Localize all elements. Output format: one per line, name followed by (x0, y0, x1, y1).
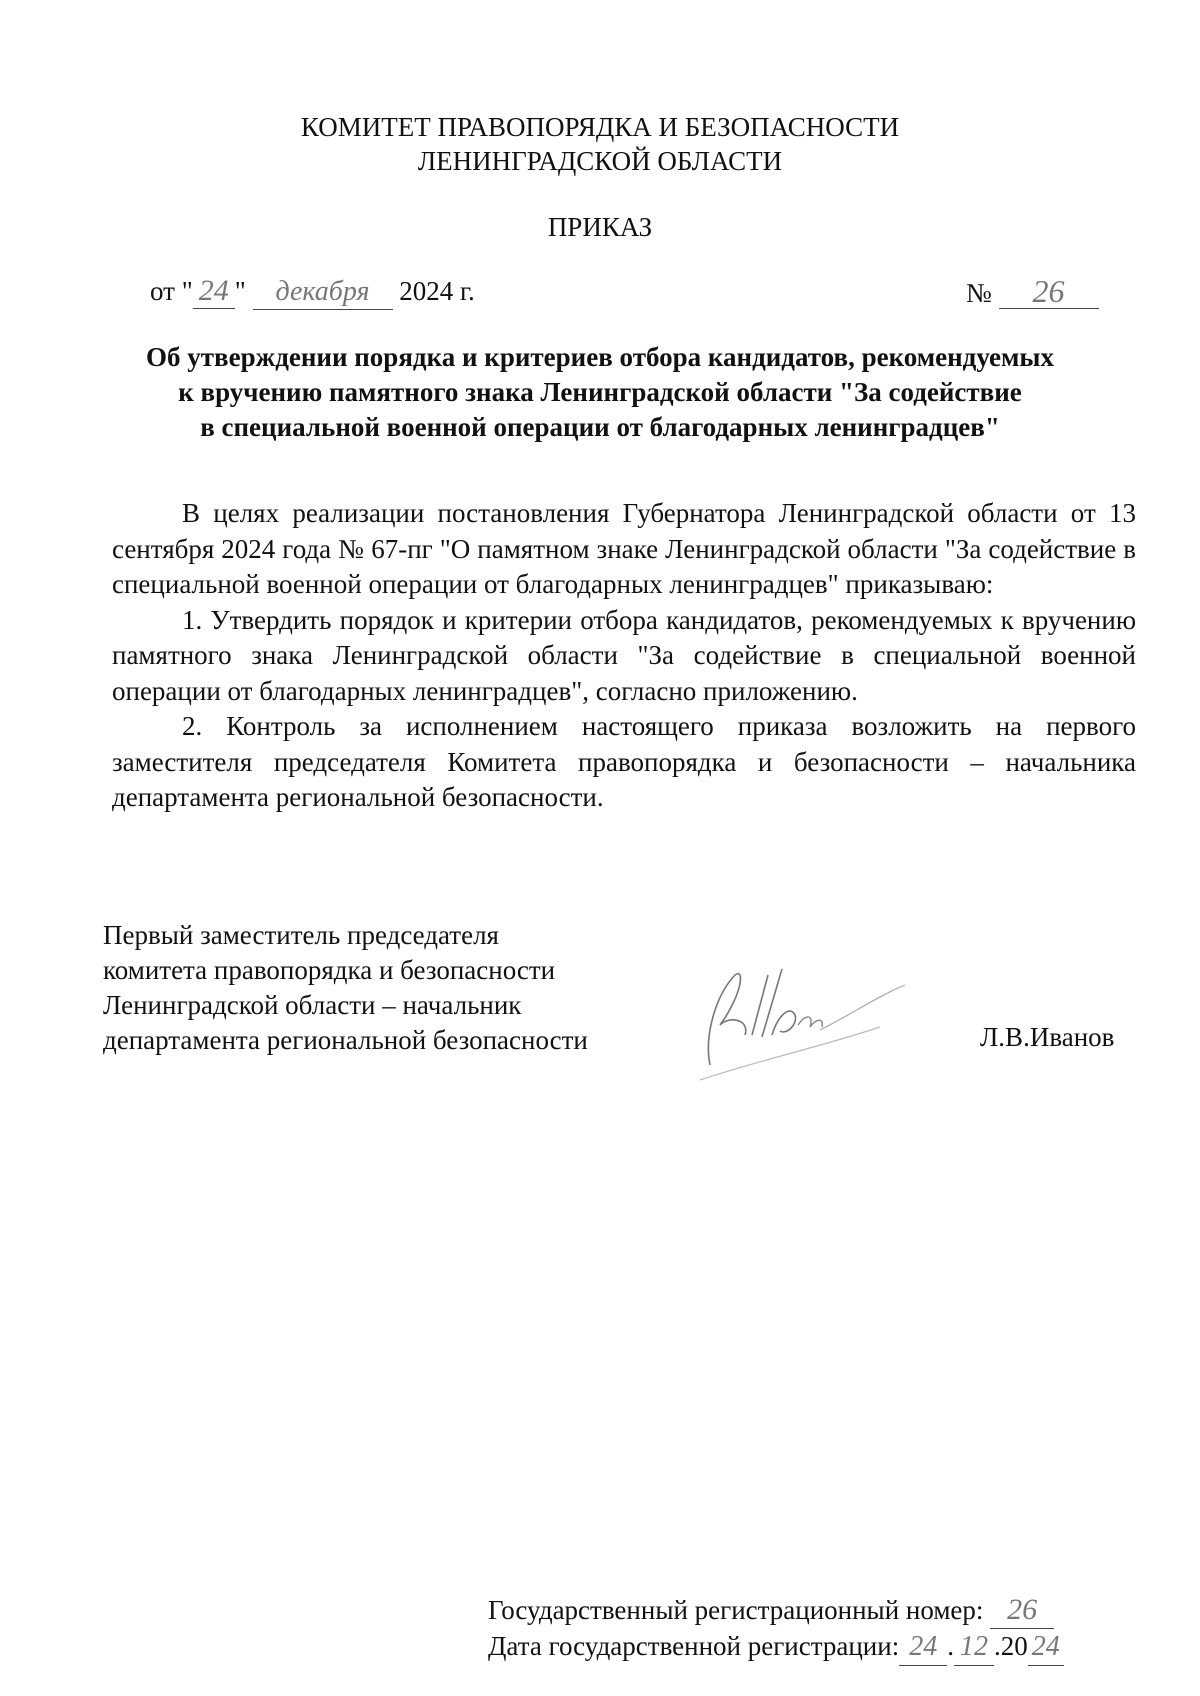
org-name-line1: КОМИТЕТ ПРАВОПОРЯДКА И БЕЗОПАСНОСТИ (0, 110, 1200, 144)
doc-type: ПРИКАЗ (0, 210, 1200, 244)
order-title-line2: к вручению памятного знака Ленинградской… (0, 375, 1200, 410)
order-date: от "24" декабря 2024 г. (150, 274, 475, 310)
order-number: № 26 (966, 274, 1099, 310)
registration-year-handwritten: 24 (1028, 1629, 1064, 1666)
order-body: В целях реализации постановления Губерна… (112, 496, 1136, 816)
registration-number-handwritten: 26 (990, 1592, 1054, 1629)
registration-number-label: Государственный регистрационный номер: (488, 1595, 983, 1625)
order-item-2: 2. Контроль за исполнением настоящего пр… (112, 709, 1136, 816)
number-sign: № (966, 278, 992, 308)
preamble-paragraph: В целях реализации постановления Губерна… (112, 496, 1136, 603)
registration-date-label: Дата государственной регистрации: (488, 1631, 899, 1661)
date-year: 2024 г. (399, 276, 475, 306)
order-title-line3: в специальной военной операции от благод… (0, 410, 1200, 445)
order-number-handwritten: 26 (999, 274, 1099, 309)
registration-date-row: Дата государственной регистрации:24.12.2… (488, 1628, 1064, 1666)
registration-month-handwritten: 12 (954, 1629, 994, 1666)
date-month-handwritten: декабря (253, 275, 393, 310)
order-title-line1: Об утверждении порядка и критериев отбор… (0, 340, 1200, 375)
registration-day-handwritten: 24 (899, 1629, 947, 1666)
signatory-name: Л.В.Иванов (980, 1020, 1114, 1055)
handwritten-signature-icon (690, 955, 940, 1085)
org-name-line2: ЛЕНИНГРАДСКОЙ ОБЛАСТИ (0, 144, 1200, 178)
signatory-position: Первый заместитель председателя комитета… (103, 918, 588, 1058)
order-item-1: 1. Утвердить порядок и критерии отбора к… (112, 603, 1136, 710)
registration-number-row: Государственный регистрационный номер: 2… (488, 1592, 1054, 1629)
date-day-handwritten: 24 (193, 274, 235, 309)
